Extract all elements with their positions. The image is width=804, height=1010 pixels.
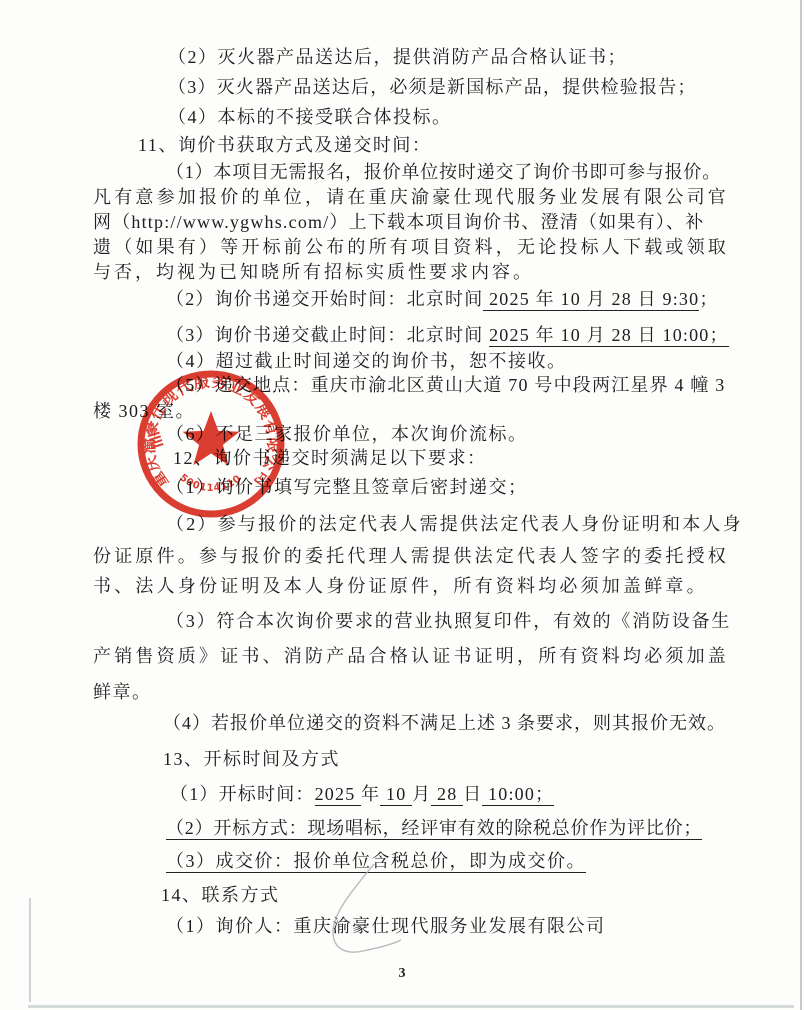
text-line: 11、询价书获取方式及递交时间： xyxy=(138,134,431,156)
scan-edge-left xyxy=(29,898,31,1002)
text-line: （1）询价人：重庆渝豪仕现代服务业发展有限公司 xyxy=(166,915,606,937)
text-segment: 份证原件。参与报价的委托代理人需提供法定代表人签字的委托授权 xyxy=(93,546,729,566)
text-segment: 28 xyxy=(431,784,463,806)
text-line: （4）本标的不接受联合体投标。 xyxy=(168,106,452,128)
text-segment: 楼 303 室。 xyxy=(93,401,195,421)
text-segment: 11、询价书获取方式及递交时间： xyxy=(138,135,431,155)
text-segment: 14、联系方式 xyxy=(161,885,280,905)
text-segment: 年 xyxy=(361,784,380,804)
text-segment: 2025 年 10 月 28 日 10:00； xyxy=(489,325,729,347)
text-line: （2）询价书递交开始时间：北京时间 2025 年 10 月 28 日 9:30； xyxy=(166,288,719,310)
text-line: （3）成交价：报价单位含税总价，即为成交价。 xyxy=(166,850,586,872)
text-line: 书、法人身份证明及本人身份证原件，所有资料均必须加盖鲜章。 xyxy=(93,575,708,597)
text-segment: 遗（如果有）等开标前公布的所有项目资料，无论投标人下载或领取 xyxy=(93,237,729,257)
text-line: （2）参与报价的法定代表人需提供法定代表人身份证明和本人身 xyxy=(166,513,743,535)
text-segment: （2）开标方式：现场唱标，经评审有效的除税总价作为评比价； xyxy=(166,818,702,840)
text-segment: 产销售资质》证书、消防产品合格认证书证明，所有资料均必须加盖 xyxy=(93,646,729,666)
text-segment: 月 xyxy=(412,784,431,804)
text-segment: （6）不足三家报价单位，本次询价流标。 xyxy=(166,424,528,444)
text-segment: （3）成交价：报价单位含税总价，即为成交价。 xyxy=(166,851,586,873)
text-segment: （1）开标时间： xyxy=(170,784,315,804)
text-line: （1）询价书填写完整且签章后密封递交； xyxy=(166,476,528,498)
seal-inner-mark xyxy=(148,432,164,449)
text-line: （6）不足三家报价单位，本次询价流标。 xyxy=(166,423,528,445)
text-segment: （2）询价书递交开始时间：北京时间 xyxy=(166,289,483,309)
text-segment: 日 xyxy=(463,784,482,804)
text-line: （3）询价书递交截止时间：北京时间 2025 年 10 月 28 日 10:00… xyxy=(166,324,729,346)
text-line: （1）本项目无需报名，报价单位按时递交了询价书即可参与报价。 xyxy=(166,161,721,183)
text-line: 鲜章。 xyxy=(93,681,152,703)
text-line: （2）灭火器产品送达后，提供消防产品合格认证书； xyxy=(168,46,627,68)
text-line: 遗（如果有）等开标前公布的所有项目资料，无论投标人下载或领取 xyxy=(93,236,729,258)
text-line: （3）符合本次询价要求的营业执照复印件，有效的《消防设备生 xyxy=(166,610,731,632)
text-segment: （2）参与报价的法定代表人需提供法定代表人身份证明和本人身 xyxy=(166,514,743,534)
text-segment: （3）灭火器产品送达后，必须是新国标产品，提供检验报告； xyxy=(168,77,697,97)
text-segment: （3）符合本次询价要求的营业执照复印件，有效的《消防设备生 xyxy=(166,611,731,631)
text-segment: 与否，均视为已知晓所有招标实质性要求内容。 xyxy=(93,262,534,282)
text-segment: 2025 xyxy=(315,784,362,806)
text-segment: （4）本标的不接受联合体投标。 xyxy=(168,107,452,127)
text-segment: ； xyxy=(699,289,718,309)
text-line: 12、询价书递交时须满足以下要求： xyxy=(173,447,487,469)
text-line: 与否，均视为已知晓所有招标实质性要求内容。 xyxy=(93,261,534,283)
text-line: （1）开标时间：2025 年 10 月 28 日 10:00； xyxy=(170,783,554,805)
text-segment: 13、开标时间及方式 xyxy=(163,749,340,769)
text-segment: 10:00； xyxy=(482,784,554,806)
text-line: 13、开标时间及方式 xyxy=(163,748,340,770)
text-segment: （1）询价人：重庆渝豪仕现代服务业发展有限公司 xyxy=(166,916,606,936)
text-line: 14、联系方式 xyxy=(161,884,280,906)
text-segment: 凡有意参加报价的单位，请在重庆渝豪仕现代服务业发展有限公司官 xyxy=(93,187,729,207)
text-segment: （4）若报价单位递交的资料不满足上述 3 条要求，则其报价无效。 xyxy=(163,713,726,733)
text-segment: （1）本项目无需报名，报价单位按时递交了询价书即可参与报价。 xyxy=(166,162,721,182)
scan-edge-right xyxy=(800,0,802,1010)
text-line: 网（http://www.ygwhs.com/）上下载本项目询价书、澄清（如果有… xyxy=(93,211,704,233)
text-line: （3）灭火器产品送达后，必须是新国标产品，提供检验报告； xyxy=(168,76,697,98)
text-segment: （4）超过截止时间递交的询价书，恕不接收。 xyxy=(166,351,567,371)
text-segment: 10 xyxy=(380,784,412,806)
text-segment: 鲜章。 xyxy=(93,682,152,702)
text-line: （4）超过截止时间递交的询价书，恕不接收。 xyxy=(166,350,567,372)
text-segment: 书、法人身份证明及本人身份证原件，所有资料均必须加盖鲜章。 xyxy=(93,576,708,596)
text-segment: 2025 年 10 月 28 日 9:30 xyxy=(483,289,699,311)
text-line: （2）开标方式：现场唱标，经评审有效的除税总价作为评比价； xyxy=(166,817,702,839)
text-line: 凡有意参加报价的单位，请在重庆渝豪仕现代服务业发展有限公司官 xyxy=(93,186,729,208)
text-segment: 12、询价书递交时须满足以下要求： xyxy=(173,448,487,468)
text-line: （4）若报价单位递交的资料不满足上述 3 条要求，则其报价无效。 xyxy=(163,712,726,734)
text-segment: （3）询价书递交截止时间：北京时间 xyxy=(166,325,489,345)
page-number: 3 xyxy=(0,966,804,982)
text-line: 产销售资质》证书、消防产品合格认证书证明，所有资料均必须加盖 xyxy=(93,645,729,667)
text-segment: （5）递交地点：重庆市渝北区黄山大道 70 号中段两江星界 4 幢 3 xyxy=(166,375,726,395)
scan-edge-bottom xyxy=(28,1005,794,1008)
text-segment: （1）询价书填写完整且签章后密封递交； xyxy=(166,477,528,497)
text-segment: （2）灭火器产品送达后，提供消防产品合格认证书； xyxy=(168,47,627,67)
scanned-page: （2）灭火器产品送达后，提供消防产品合格认证书；（3）灭火器产品送达后，必须是新… xyxy=(0,0,804,1010)
text-segment: 网（http://www.ygwhs.com/）上下载本项目询价书、澄清（如果有… xyxy=(93,212,704,232)
text-line: 楼 303 室。 xyxy=(93,400,195,422)
text-line: 份证原件。参与报价的委托代理人需提供法定代表人签字的委托授权 xyxy=(93,545,729,567)
text-line: （5）递交地点：重庆市渝北区黄山大道 70 号中段两江星界 4 幢 3 xyxy=(166,374,726,396)
